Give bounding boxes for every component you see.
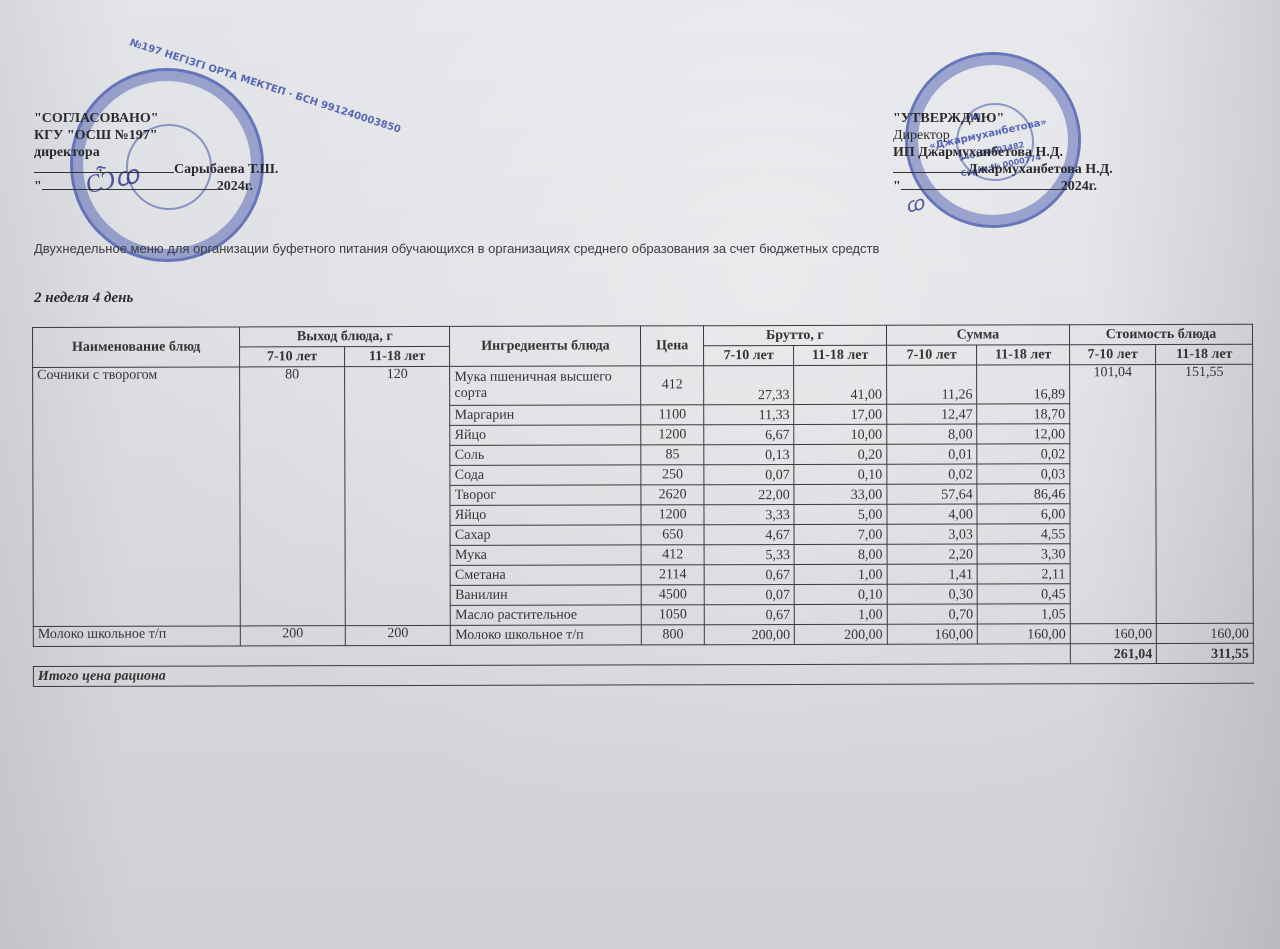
header-brutto: Брутто, г <box>703 325 886 345</box>
brutto-7-10: 0,13 <box>704 445 795 465</box>
brutto-7-10: 5,33 <box>704 545 795 565</box>
ingredient-price: 800 <box>642 625 704 645</box>
sum-7-10: 2,20 <box>887 544 978 564</box>
sum-7-10: 0,01 <box>887 444 978 464</box>
brutto-7-10: 0,07 <box>704 465 795 485</box>
header-sum-age-7-10: 7-10 лет <box>886 345 977 365</box>
approval-left-position: директора <box>34 144 278 161</box>
brutto-7-10: 27,33 <box>703 366 794 405</box>
total-7-10: 261,04 <box>1070 644 1157 664</box>
brutto-7-10: 22,00 <box>704 485 795 505</box>
brutto-11-18: 8,00 <box>794 544 887 564</box>
date-line-left <box>42 189 217 190</box>
header-dish-cost: Стоимость блюда <box>1069 324 1252 344</box>
header-sum-age-11-18: 11-18 лет <box>977 345 1070 365</box>
brutto-7-10: 0,07 <box>704 585 795 605</box>
brutto-7-10: 200,00 <box>704 625 795 645</box>
ingredient-name: Мука <box>450 545 641 566</box>
sum-11-18: 16,89 <box>977 365 1070 404</box>
ingredient-name: Сода <box>450 465 641 486</box>
sum-7-10: 1,41 <box>887 564 978 584</box>
sum-7-10: 4,00 <box>887 504 978 524</box>
menu-table: Наименование блюд Выход блюда, г Ингреди… <box>32 324 1254 687</box>
brutto-11-18: 33,00 <box>794 484 887 504</box>
sum-11-18: 4,55 <box>977 524 1070 544</box>
dish-name: Сочники с творогом <box>33 367 241 627</box>
sum-11-18: 86,46 <box>977 484 1070 504</box>
dish-yield-11-18: 120 <box>344 366 450 625</box>
sum-11-18: 0,03 <box>977 464 1070 484</box>
dish-name: Молоко школьное т/п <box>33 626 240 647</box>
ingredient-name: Сметана <box>451 565 642 586</box>
ingredient-name: Сахар <box>450 525 641 546</box>
brutto-7-10: 11,33 <box>704 405 795 425</box>
sum-11-18: 12,00 <box>977 424 1070 444</box>
sum-11-18: 2,11 <box>977 564 1070 584</box>
sum-11-18: 6,00 <box>977 504 1070 524</box>
approval-block-right: "УТВЕРЖДАЮ" Директор ИП Джармуханбетова … <box>893 110 1113 195</box>
sum-11-18: 1,05 <box>978 604 1071 624</box>
dish-yield-7-10: 80 <box>240 367 345 626</box>
dish-cost-11-18: 151,55 <box>1156 364 1253 623</box>
header-brutto-age-7-10: 7-10 лет <box>703 346 794 366</box>
signature-line-right <box>893 172 968 173</box>
approval-right-heading: "УТВЕРЖДАЮ" <box>893 110 1113 127</box>
dish-cost-7-10: 101,04 <box>1069 365 1156 624</box>
sum-7-10: 160,00 <box>887 624 978 644</box>
ingredient-name: Соль <box>450 445 641 466</box>
table-row: Сочники с творогом80120Мука пшеничная вы… <box>33 364 1253 406</box>
header-yield: Выход блюда, г <box>240 326 450 347</box>
document-title: Двухнедельное меню для организации буфет… <box>34 241 879 256</box>
approval-right-name: Джармуханбетова Н.Д. <box>968 162 1113 177</box>
header-yield-age-11-18: 11-18 лет <box>344 346 450 366</box>
date-line-right <box>901 189 1061 190</box>
sum-11-18: 18,70 <box>977 404 1070 424</box>
approval-left-date-prefix: " <box>34 179 42 194</box>
header-dish-name: Наименование блюд <box>33 327 240 368</box>
ingredient-price: 1050 <box>642 605 704 625</box>
sum-11-18: 160,00 <box>978 624 1071 644</box>
approval-right-org: ИП Джармуханбетова Н.Д. <box>893 144 1113 161</box>
header-cost-age-7-10: 7-10 лет <box>1069 345 1156 365</box>
brutto-11-18: 41,00 <box>794 365 887 404</box>
approval-right-position: Директор <box>893 127 1113 144</box>
ingredient-name: Мука пшеничная высшего сорта <box>450 366 641 406</box>
approval-left-date: 2024г. <box>217 179 253 194</box>
dish-yield-7-10: 200 <box>240 626 345 646</box>
brutto-11-18: 1,00 <box>795 604 888 624</box>
ingredient-name: Творог <box>450 485 641 506</box>
totals-label: Итого цена рациона <box>33 663 1253 686</box>
sum-7-10: 8,00 <box>887 424 978 444</box>
total-11-18: 311,55 <box>1157 643 1254 663</box>
approval-right-date: 2024г. <box>1061 179 1097 194</box>
brutto-11-18: 200,00 <box>795 624 888 644</box>
header-ingredients: Ингредиенты блюда <box>450 326 641 367</box>
brutto-11-18: 0,20 <box>794 444 887 464</box>
header-price: Цена <box>641 326 703 366</box>
ingredient-price: 4500 <box>642 585 704 605</box>
ingredient-price: 650 <box>641 525 703 545</box>
header-brutto-age-11-18: 11-18 лет <box>794 345 887 365</box>
dish-yield-11-18: 200 <box>345 625 451 645</box>
brutto-7-10: 3,33 <box>704 505 795 525</box>
ingredient-price: 2620 <box>641 485 703 505</box>
ingredient-price: 2114 <box>642 565 704 585</box>
brutto-7-10: 0,67 <box>704 565 795 585</box>
sum-7-10: 0,30 <box>887 584 978 604</box>
document-subtitle: 2 неделя 4 день <box>34 290 133 307</box>
sum-7-10: 11,26 <box>886 365 977 404</box>
approval-left-org: КГУ "ОСШ №197" <box>34 127 278 144</box>
brutto-7-10: 6,67 <box>704 425 795 445</box>
sum-7-10: 12,47 <box>887 404 978 424</box>
ingredient-name: Молоко школьное т/п <box>451 625 642 646</box>
totals-label-row: Итого цена рациона <box>33 663 1253 686</box>
ingredient-name: Маргарин <box>450 405 641 426</box>
approval-right-date-prefix: " <box>893 179 901 194</box>
sum-11-18: 3,30 <box>977 544 1070 564</box>
menu-table-body: Сочники с творогом80120Мука пшеничная вы… <box>33 364 1254 686</box>
ingredient-name: Масло растительное <box>451 605 642 626</box>
ingredient-name: Яйцо <box>450 505 641 526</box>
ingredient-price: 250 <box>641 465 703 485</box>
signature-line-left <box>34 172 174 173</box>
brutto-11-18: 17,00 <box>794 404 887 424</box>
sum-7-10: 57,64 <box>887 484 978 504</box>
ingredient-price: 412 <box>641 366 703 405</box>
ingredient-price: 85 <box>641 445 703 465</box>
brutto-11-18: 0,10 <box>795 584 888 604</box>
sum-11-18: 0,02 <box>977 444 1070 464</box>
totals-spacer <box>33 644 1070 667</box>
sum-11-18: 0,45 <box>978 584 1071 604</box>
sum-7-10: 0,70 <box>887 604 978 624</box>
sum-7-10: 0,02 <box>887 464 978 484</box>
header-cost-age-11-18: 11-18 лет <box>1156 344 1253 364</box>
brutto-11-18: 0,10 <box>794 464 887 484</box>
ingredient-price: 412 <box>642 545 704 565</box>
dish-cost-7-10: 160,00 <box>1070 624 1157 644</box>
ingredient-price: 1200 <box>641 505 703 525</box>
dish-cost-11-18: 160,00 <box>1157 623 1254 643</box>
brutto-11-18: 1,00 <box>794 564 887 584</box>
ingredient-name: Ванилин <box>451 585 642 606</box>
approval-left-heading: "СОГЛАСОВАНО" <box>34 110 278 127</box>
brutto-11-18: 5,00 <box>794 504 887 524</box>
approval-block-left: "СОГЛАСОВАНО" КГУ "ОСШ №197" директора С… <box>34 110 278 195</box>
brutto-11-18: 10,00 <box>794 424 887 444</box>
brutto-11-18: 7,00 <box>794 524 887 544</box>
approval-left-name: Сарыбаева Т.Ш. <box>174 162 278 177</box>
brutto-7-10: 0,67 <box>704 605 795 625</box>
sum-7-10: 3,03 <box>887 524 978 544</box>
brutto-7-10: 4,67 <box>704 525 795 545</box>
ingredient-price: 1100 <box>641 405 703 425</box>
header-sum: Сумма <box>886 325 1069 345</box>
ingredient-name: Яйцо <box>450 425 641 446</box>
ingredient-price: 1200 <box>641 425 703 445</box>
header-yield-age-7-10: 7-10 лет <box>240 347 345 367</box>
